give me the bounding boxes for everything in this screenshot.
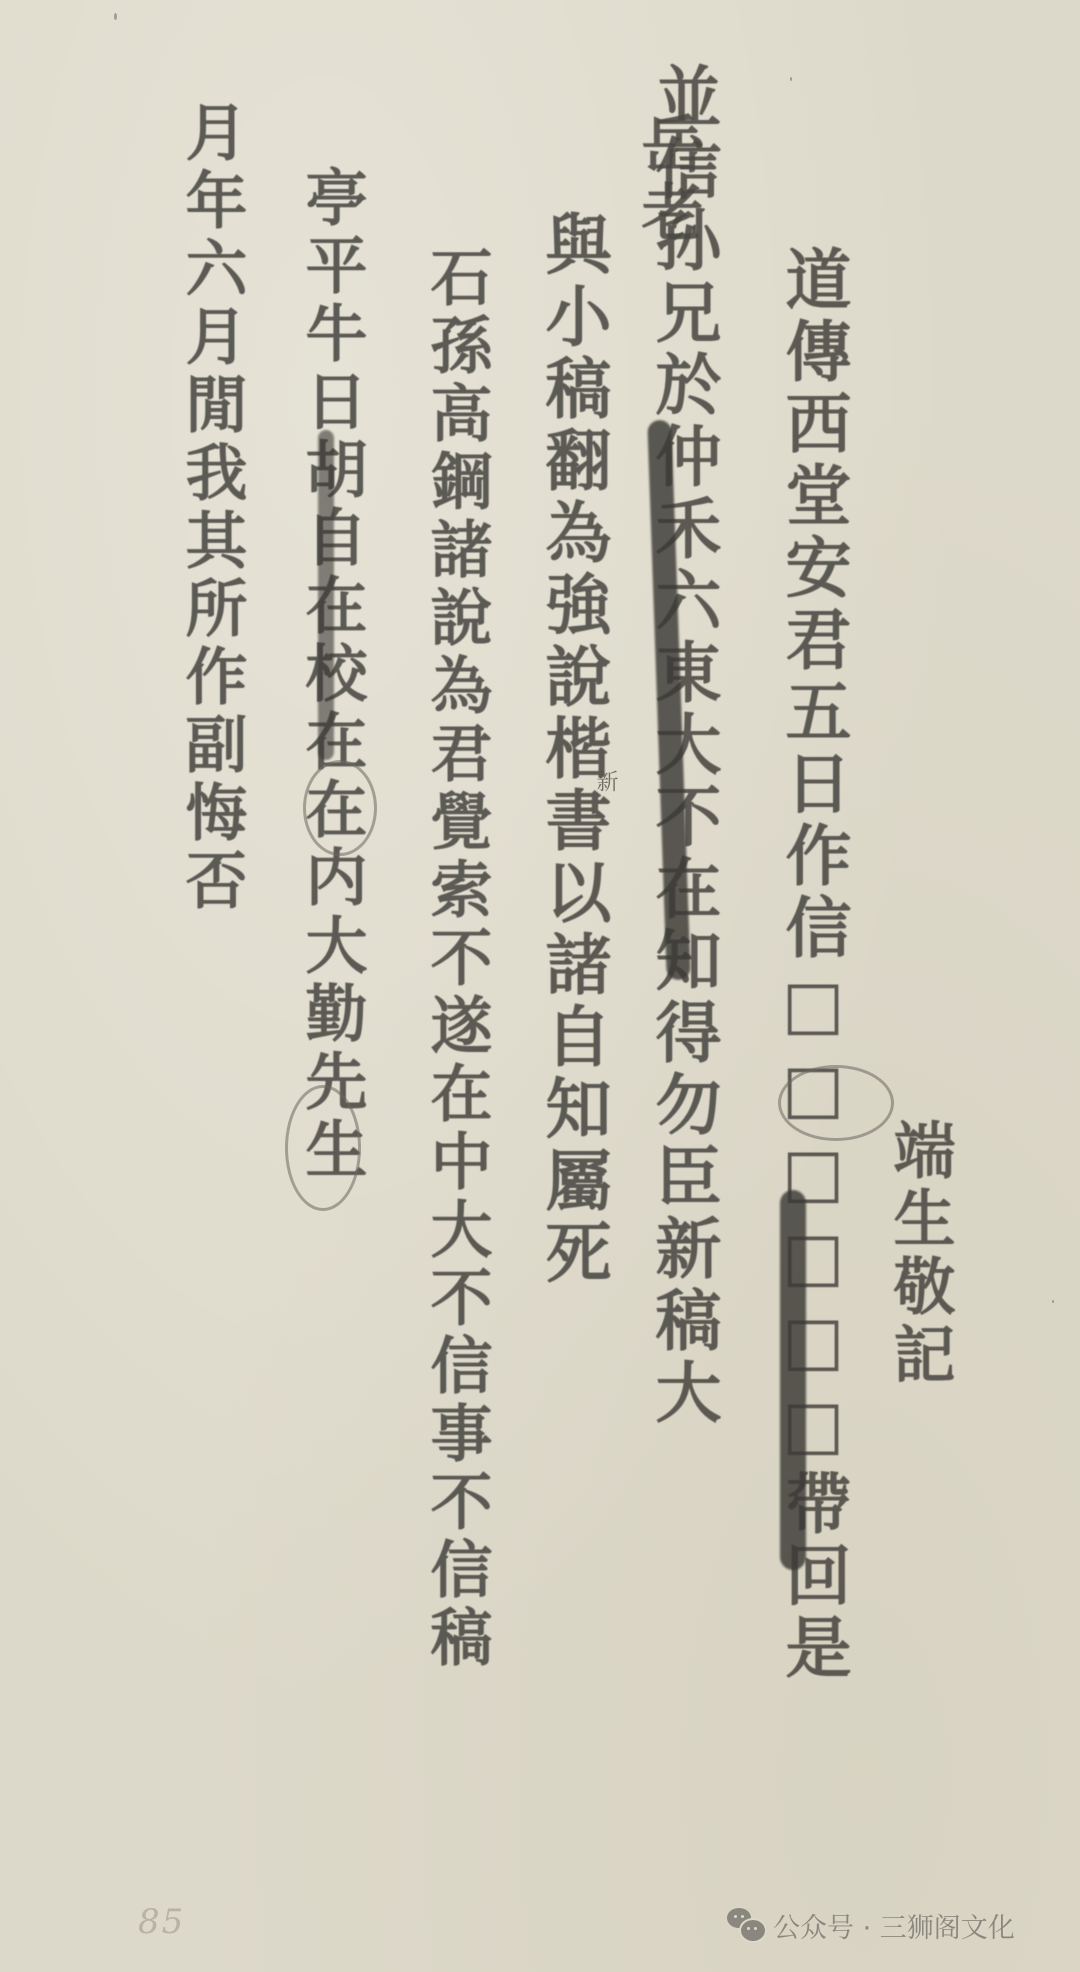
paper-speck: [1052, 1300, 1054, 1303]
column-4: 與小稿翻為強說楷書以諸自知屬死: [540, 210, 606, 1310]
scanned-paper: 岳老 道傳西堂安君五日作信□□□□□□帶回是 並信孙兄於仲禾六東大不在知得勿臣新…: [0, 0, 1080, 1972]
ink-strike-mark: [780, 1190, 806, 1570]
column-7: 月年六月閒我其所作副悔否: [180, 100, 242, 1220]
editorial-circle: [778, 1065, 894, 1141]
pencil-page-number: 85: [138, 1902, 185, 1942]
wechat-watermark: 公众号 · 三狮阁文化: [727, 1906, 1015, 1944]
watermark-text: 公众号 · 三狮阁文化: [773, 1906, 1015, 1945]
paper-speck: [114, 13, 117, 20]
ink-strike-mark: [318, 430, 334, 760]
column-6: 亭平牛日胡自在校在在内大勤先生: [300, 165, 362, 1825]
column-5: 石孫高鋼諸說為君覺索不遂在中大不信事不信稿: [425, 245, 487, 1805]
paper-speck: [790, 77, 792, 81]
editorial-circle: [285, 1085, 361, 1211]
interlinear-note: 新: [590, 770, 621, 792]
wechat-icon: [727, 1908, 765, 1942]
column-8-signature: 端生敬記: [888, 1118, 950, 1518]
editorial-circle: [303, 760, 377, 856]
